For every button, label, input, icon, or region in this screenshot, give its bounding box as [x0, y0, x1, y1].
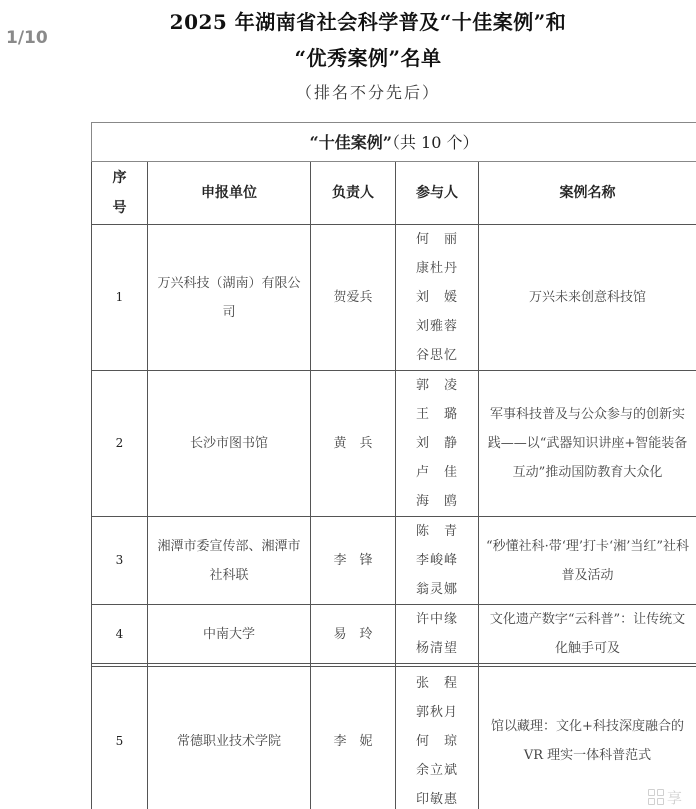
table-caption: “十佳案例”（共 10 个） [92, 123, 696, 162]
participant: 刘 静 [402, 429, 472, 458]
header-leader: 负责人 [311, 162, 396, 225]
row-unit: 湘潭市委宣传部、湘潭市社科联 [148, 517, 311, 605]
header-index-bottom: 号 [98, 193, 141, 223]
watermark: 享 [648, 787, 696, 807]
top-ten-cases-table: “十佳案例”（共 10 个） 序 号 申报单位 负责人 参与人 案例名称 1 万… [91, 122, 696, 809]
page-indicator: 1/10 [6, 28, 48, 48]
row-participants: 许中缘 杨清望 [396, 605, 479, 664]
participant: 李峻峰 [402, 546, 472, 575]
table-row: 1 万兴科技（湖南）有限公司 贺爱兵 何 丽 康杜丹 刘 媛 刘雅蓉 谷思忆 万… [92, 225, 696, 371]
row-unit: 长沙市图书馆 [148, 371, 311, 517]
row-participants: 何 丽 康杜丹 刘 媛 刘雅蓉 谷思忆 [396, 225, 479, 371]
row-leader: 李 锋 [311, 517, 396, 605]
header-participants: 参与人 [396, 162, 479, 225]
participant: 印敏惠 [402, 785, 472, 809]
row-unit: 常德职业技术学院 [148, 667, 311, 809]
table-row: 2 长沙市图书馆 黄 兵 郭 凌 王 璐 刘 静 卢 佳 海 鸥 军事科技普及与… [92, 371, 696, 517]
participant: 海 鸥 [402, 487, 472, 516]
row-participants: 张 程 郭秋月 何 琼 余立斌 印敏惠 [396, 667, 479, 809]
participant: 刘雅蓉 [402, 312, 472, 341]
table-row: 3 湘潭市委宣传部、湘潭市社科联 李 锋 陈 青 李峻峰 翁灵娜 “秒懂社科·带… [92, 517, 696, 605]
header-case-name: 案例名称 [479, 162, 696, 225]
participant: 何 琼 [402, 727, 472, 756]
participant: 郭秋月 [402, 698, 472, 727]
grid-logo-icon [648, 789, 664, 805]
watermark-text: 享 [667, 787, 682, 808]
row-index: 3 [92, 517, 148, 605]
table-row: 4 中南大学 易 玲 许中缘 杨清望 文化遗产数字“云科普”：让传统文化触手可及 [92, 605, 696, 664]
participant: 陈 青 [402, 517, 472, 546]
row-unit: 万兴科技（湖南）有限公司 [148, 225, 311, 371]
row-unit: 中南大学 [148, 605, 311, 664]
row-case-name: 文化遗产数字“云科普”：让传统文化触手可及 [479, 605, 696, 664]
row-leader: 黄 兵 [311, 371, 396, 517]
participant: 翁灵娜 [402, 575, 472, 604]
participant: 康杜丹 [402, 254, 472, 283]
row-participants: 郭 凌 王 璐 刘 静 卢 佳 海 鸥 [396, 371, 479, 517]
header-unit: 申报单位 [148, 162, 311, 225]
document-title-line-2: “优秀案例”名单 [48, 42, 688, 71]
row-leader: 李 妮 [311, 667, 396, 809]
participant: 余立斌 [402, 756, 472, 785]
participant: 郭 凌 [402, 371, 472, 400]
participant: 何 丽 [402, 225, 472, 254]
participant: 张 程 [402, 669, 472, 698]
row-leader: 易 玲 [311, 605, 396, 664]
participant: 谷思忆 [402, 341, 472, 370]
row-case-name: 万兴未来创意科技馆 [479, 225, 696, 371]
caption-title: “十佳案例” [310, 133, 392, 152]
participant: 许中缘 [402, 605, 472, 634]
document-subtitle: （排名不分先后） [48, 80, 688, 103]
row-leader: 贺爱兵 [311, 225, 396, 371]
participant: 王 璐 [402, 400, 472, 429]
header-index-top: 序 [98, 163, 141, 193]
row-case-name: “秒懂社科·带‘理’打卡‘湘’当红”社科普及活动 [479, 517, 696, 605]
row-index: 2 [92, 371, 148, 517]
participant: 卢 佳 [402, 458, 472, 487]
participant: 杨清望 [402, 634, 472, 663]
row-case-name: 军事科技普及与公众参与的创新实践——以“武器知识讲座+智能装备互动”推动国防教育… [479, 371, 696, 517]
row-index: 5 [92, 667, 148, 809]
table-header-row: 序 号 申报单位 负责人 参与人 案例名称 [92, 162, 696, 225]
caption-count: （共 10 个） [392, 133, 479, 152]
row-index: 1 [92, 225, 148, 371]
header-index: 序 号 [92, 162, 148, 225]
row-participants: 陈 青 李峻峰 翁灵娜 [396, 517, 479, 605]
row-index: 4 [92, 605, 148, 664]
document-title-line-1: 2025 年湖南省社会科学普及“十佳案例”和 [48, 6, 688, 35]
table-caption-row: “十佳案例”（共 10 个） [92, 123, 696, 162]
participant: 刘 媛 [402, 283, 472, 312]
table-row: 5 常德职业技术学院 李 妮 张 程 郭秋月 何 琼 余立斌 印敏惠 馆以藏理：… [92, 667, 696, 809]
